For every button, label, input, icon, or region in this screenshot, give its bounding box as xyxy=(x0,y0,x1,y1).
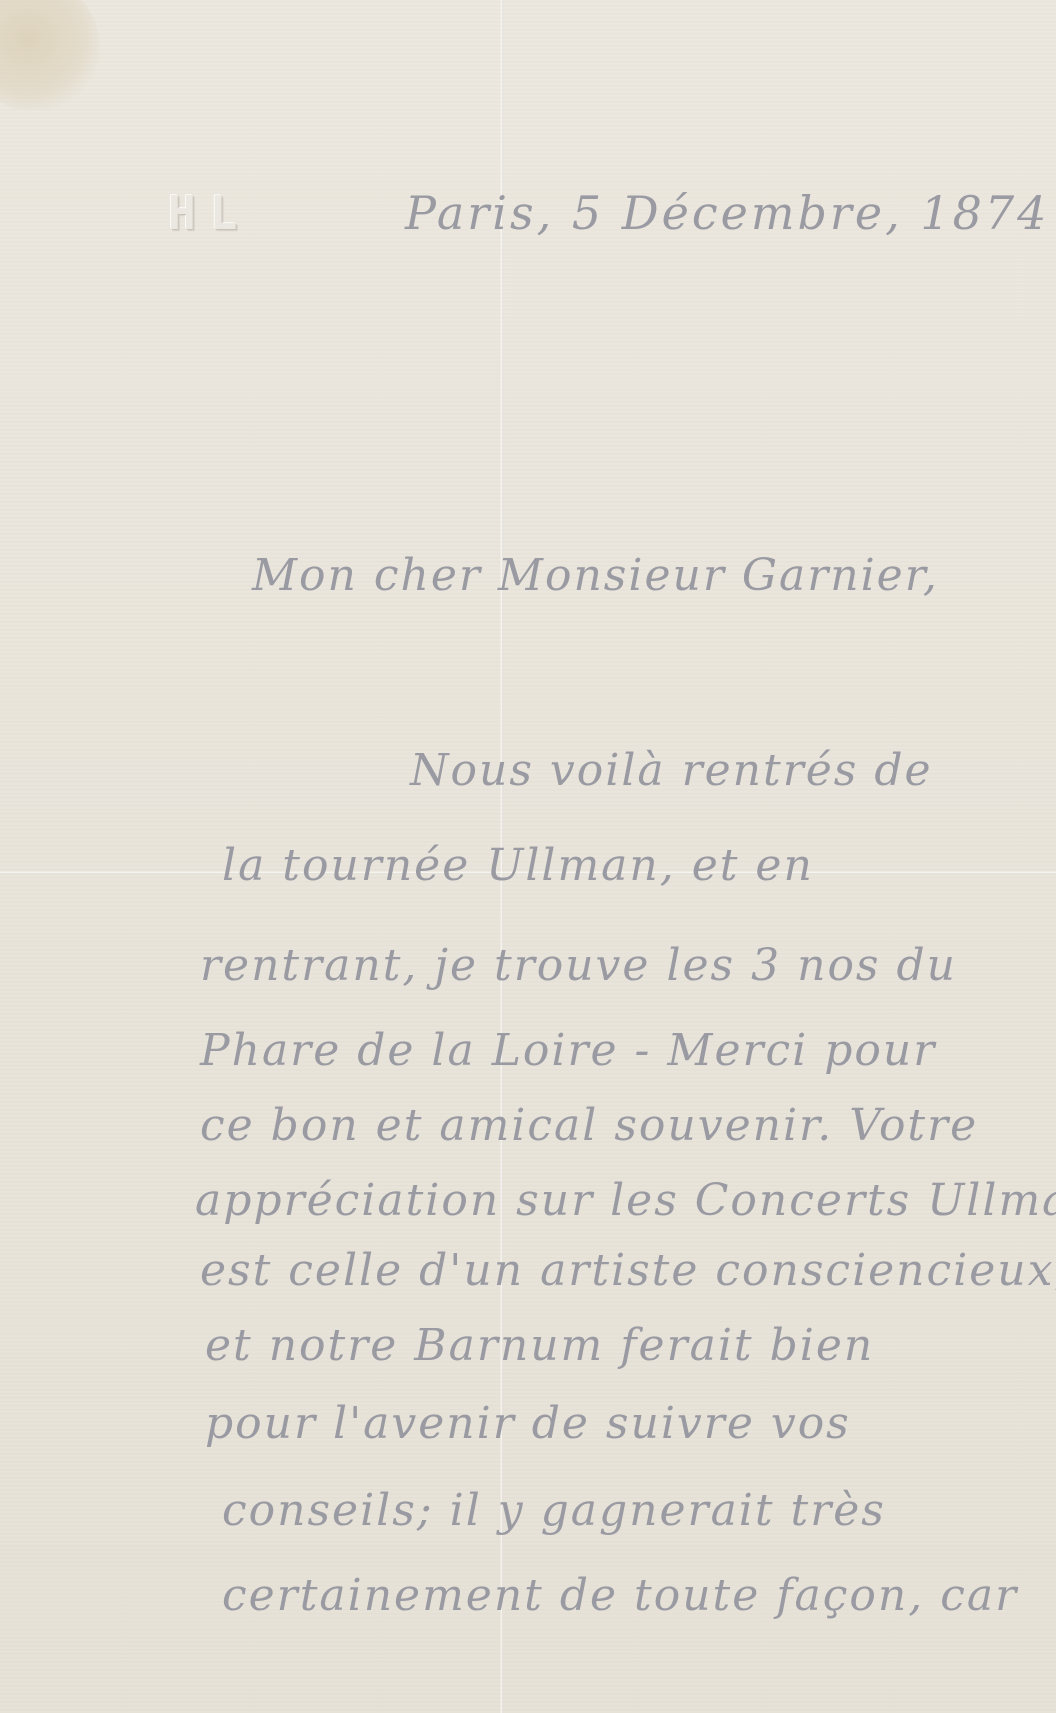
embossed-monogram: HL xyxy=(168,186,251,240)
body-line: et notre Barnum ferait bien xyxy=(205,1320,874,1371)
body-line: Phare de la Loire - Merci pour xyxy=(200,1025,936,1076)
body-line: appréciation sur les Concerts Ullman xyxy=(195,1175,1056,1226)
body-line: conseils; il y gagnerait très xyxy=(222,1485,886,1536)
body-line: est celle d'un artiste consciencieux, xyxy=(200,1245,1056,1296)
body-line: pour l'avenir de suivre vos xyxy=(205,1398,851,1449)
body-line: la tournée Ullman, et en xyxy=(222,840,814,891)
letter-salutation: Mon cher Monsieur Garnier, xyxy=(252,550,939,601)
body-line: Nous voilà rentrés de xyxy=(410,745,933,796)
body-line: rentrant, je trouve les 3 nos du xyxy=(200,940,957,991)
body-line: certainement de toute façon, car xyxy=(222,1570,1018,1621)
letter-dateline: Paris, 5 Décembre, 1874 xyxy=(405,186,1049,240)
body-line: ce bon et amical souvenir. Votre xyxy=(200,1100,978,1151)
